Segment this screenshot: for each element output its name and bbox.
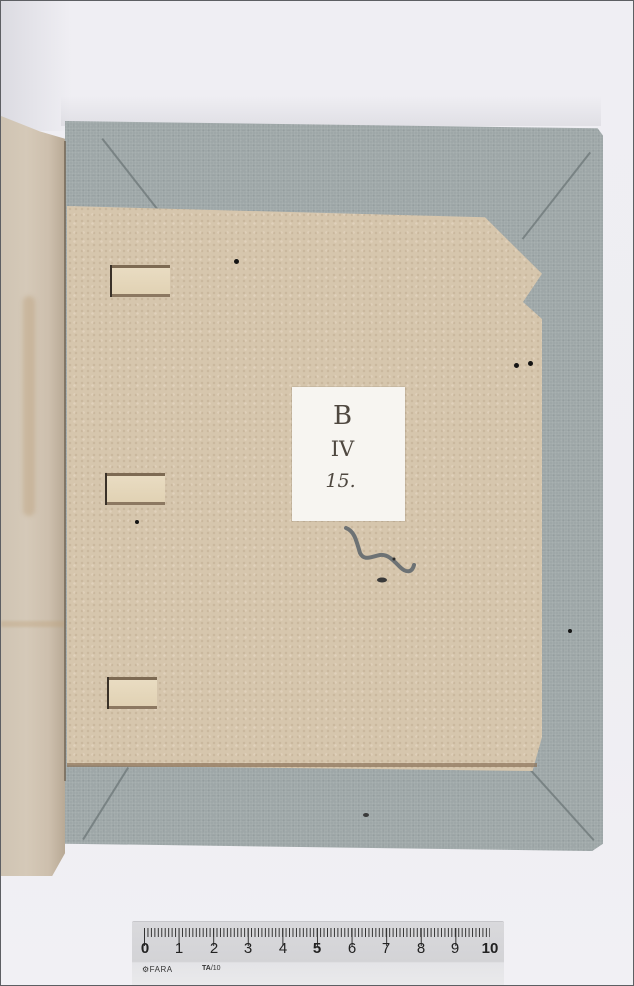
thong-slot-bottom — [109, 677, 157, 709]
scale-ruler: 0 1 2 3 4 5 6 7 8 9 10 ⚙FARA TA/10 — [132, 922, 504, 986]
wormhole — [568, 629, 572, 633]
board-torn-edge — [67, 763, 537, 767]
shelfmark-line-1: B — [286, 401, 399, 431]
ruler-mark-10: 10 — [480, 940, 500, 957]
ruler-mark-3: 3 — [238, 940, 258, 957]
ruler-model-suffix: /10 — [211, 965, 221, 972]
shelfmark-label: B IV 15. — [292, 387, 405, 521]
cast-shadow — [61, 96, 601, 126]
ruler-mark-5: 5 — [307, 940, 327, 957]
hinge-crease — [64, 141, 66, 781]
ruler-brand-text: FARA — [150, 965, 173, 974]
wormhole — [135, 520, 139, 524]
thong-slot-top — [112, 265, 170, 297]
ruler-model: TA/10 — [202, 965, 221, 972]
shelfmark-line-3: 15. — [284, 470, 397, 492]
ruler-mark-1: 1 — [169, 940, 189, 957]
shelfmark-line-2: IV — [286, 437, 399, 461]
wormhole — [234, 259, 239, 264]
water-stain — [23, 296, 35, 516]
wormhole — [514, 363, 519, 368]
photo-frame: B IV 15. 0 1 2 3 4 5 6 7 8 9 10 ⚙FARA TA… — [0, 0, 634, 986]
ruler-mark-0: 0 — [135, 940, 155, 957]
worm-track — [336, 521, 426, 591]
ruler-mark-9: 9 — [445, 940, 465, 957]
ruler-mark-2: 2 — [204, 940, 224, 957]
ruler-mark-4: 4 — [273, 940, 293, 957]
ruler-mark-6: 6 — [342, 940, 362, 957]
front-board-open — [1, 116, 65, 876]
board-crease — [1, 621, 65, 627]
wormhole — [363, 813, 369, 817]
ruler-mark-8: 8 — [411, 940, 431, 957]
ruler-brand: ⚙FARA — [142, 965, 173, 974]
ruler-mark-7: 7 — [376, 940, 396, 957]
wormhole — [528, 361, 533, 366]
ruler-model-prefix: TA — [202, 965, 211, 972]
thong-slot-middle — [107, 473, 165, 505]
